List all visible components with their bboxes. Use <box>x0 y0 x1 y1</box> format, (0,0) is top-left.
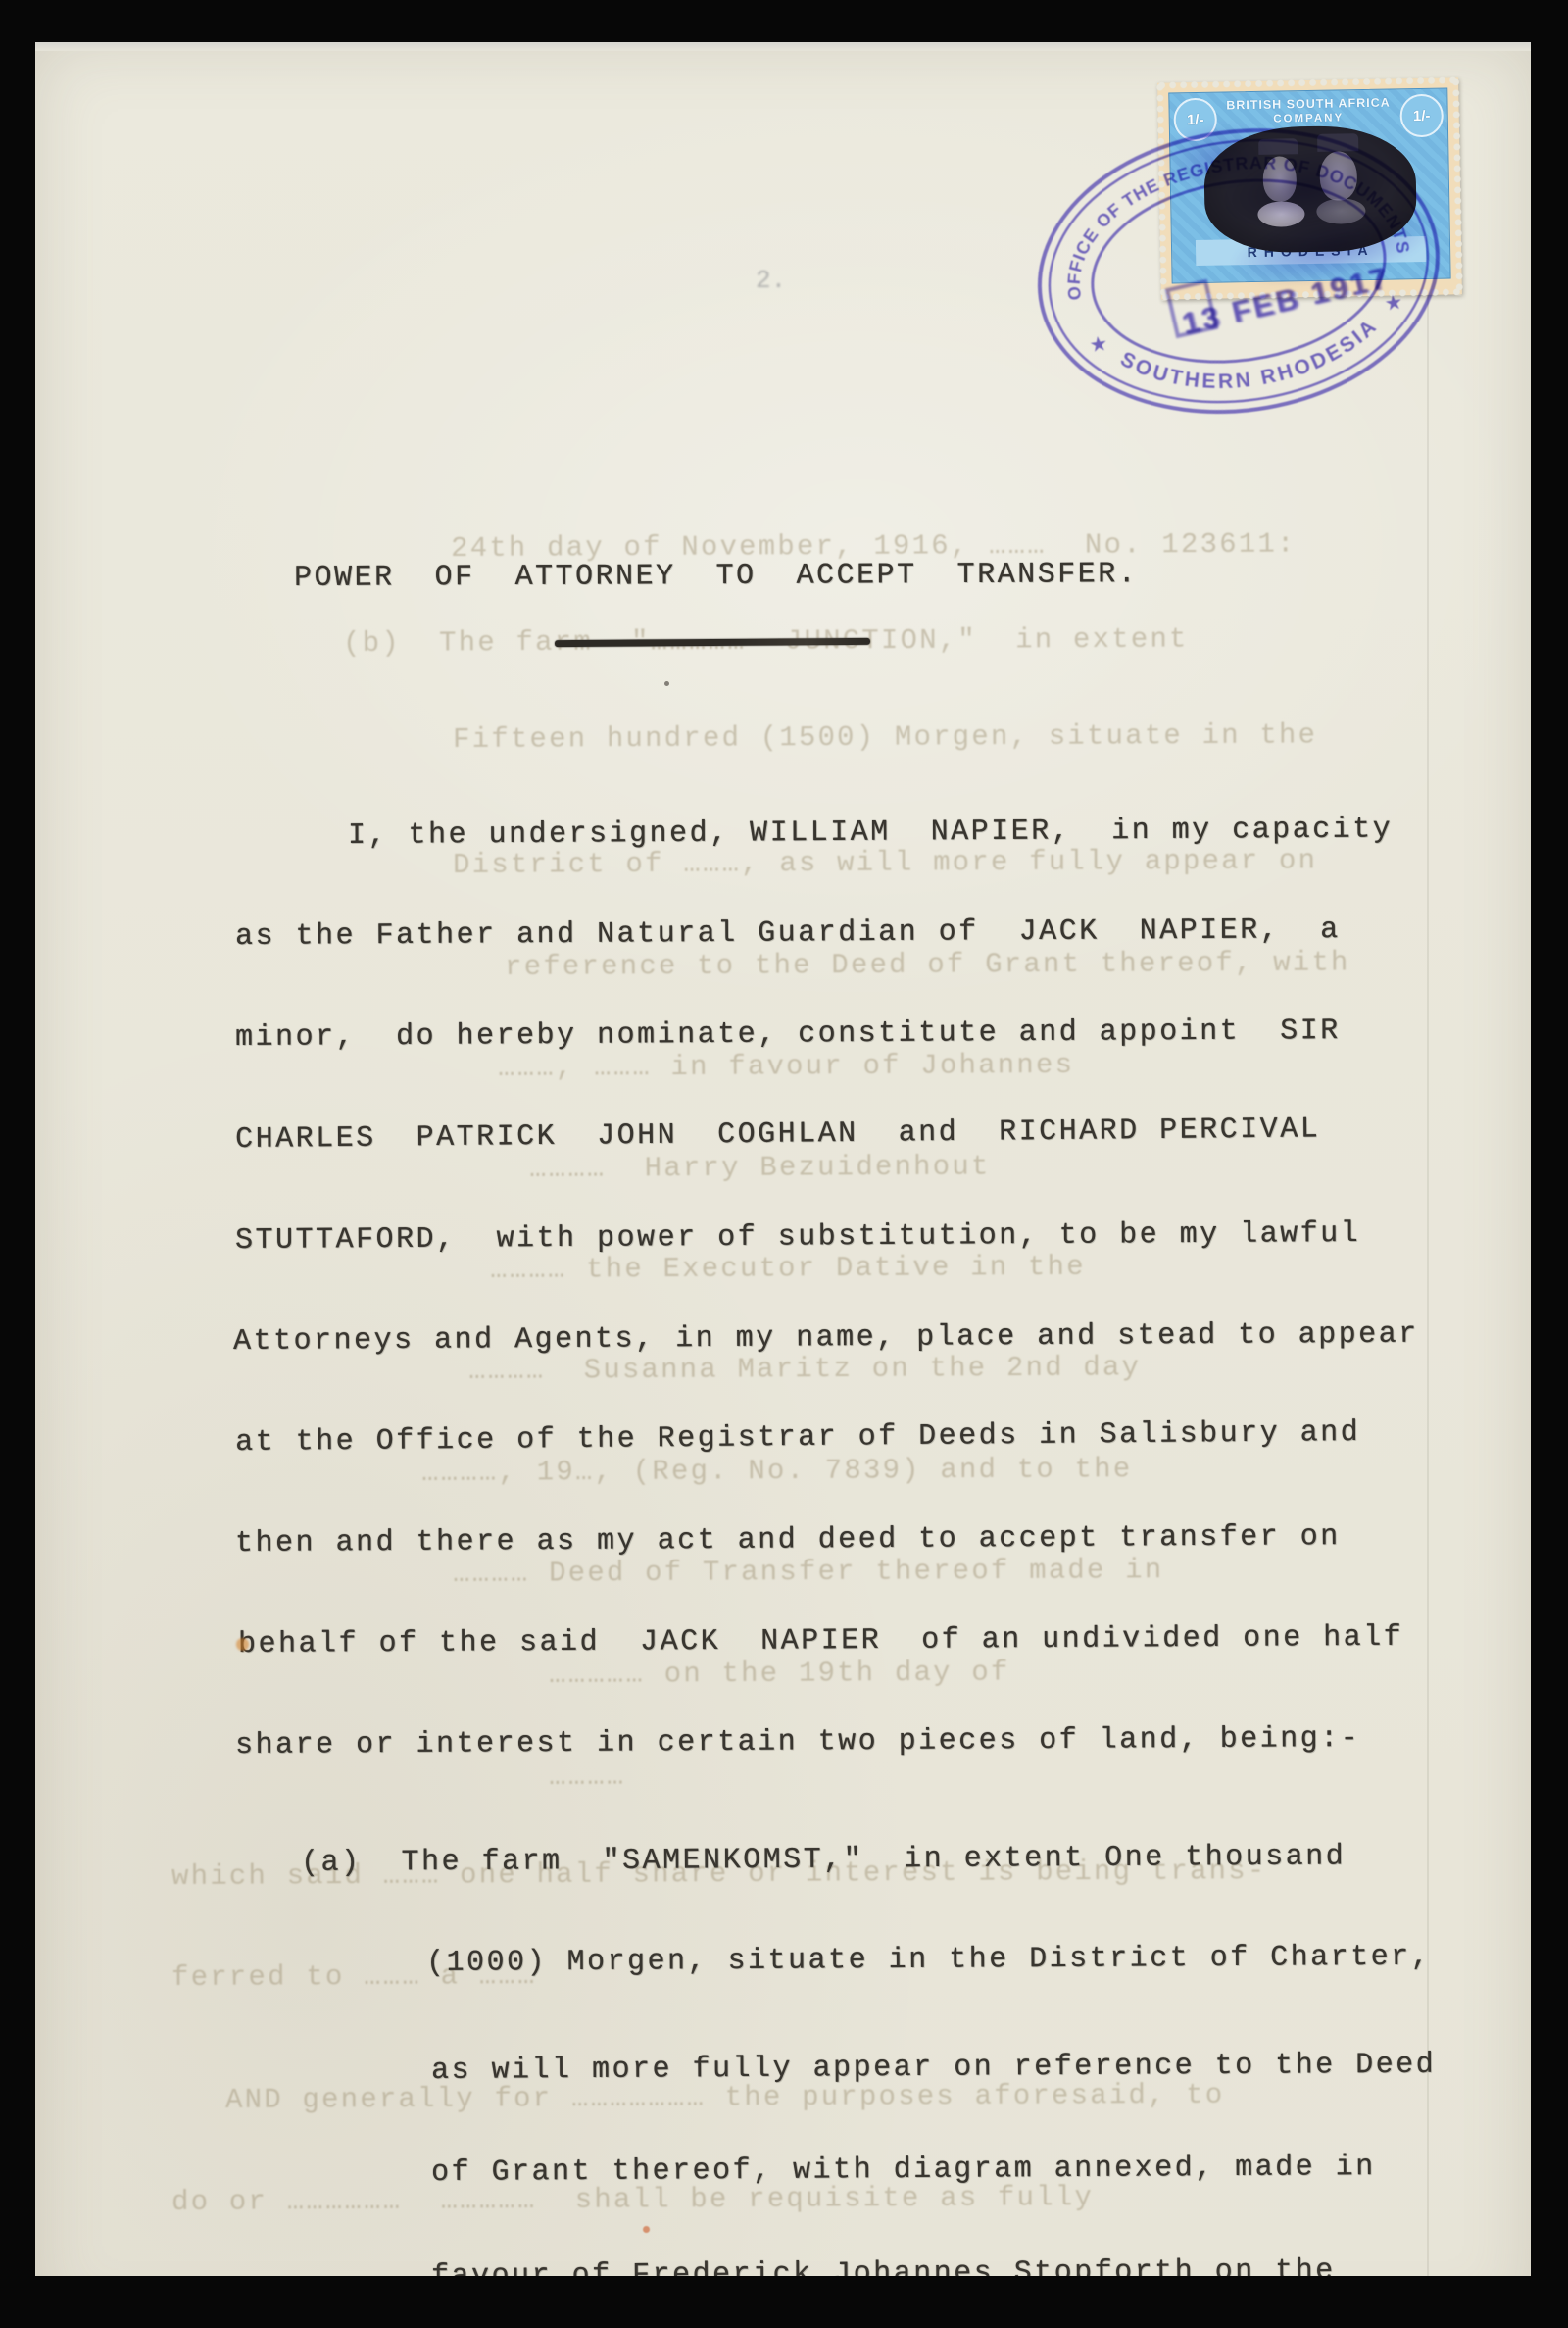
typed-line: as will more fully appear on reference t… <box>431 2051 1436 2086</box>
star-icon: ★ <box>1090 333 1109 355</box>
typed-line: as the Father and Natural Guardian of JA… <box>235 916 1341 952</box>
typed-line: Attorneys and Agents, in my name, place … <box>233 1320 1419 1357</box>
typed-line: at the Office of the Registrar of Deeds … <box>235 1418 1360 1458</box>
paper-speck <box>664 681 669 686</box>
bleedthrough-line: reference to the Deed of Grant thereof, … <box>505 948 1350 981</box>
typed-line: (1000) Morgen, situate in the District o… <box>426 1943 1431 1978</box>
bleedthrough-line: ………, ……… in favour of Johannes <box>498 1051 1074 1082</box>
document-title: POWER OF ATTORNEY TO ACCEPT TRANSFER. <box>294 560 1138 593</box>
document-page: 2. 24th day of November, 1916, ……… No. 1… <box>35 42 1531 2328</box>
typed-line: then and there as my act and deed to acc… <box>235 1522 1341 1559</box>
bleedthrough-line: ………… Harry Bezuidenhout <box>529 1153 991 1183</box>
bleedthrough-line: ………… the Executor Dative in the <box>490 1253 1086 1284</box>
paper-fold-line <box>1427 130 1429 2316</box>
bleedthrough-line: …………… on the 19th day of <box>549 1659 1010 1689</box>
scan-border-right <box>1531 0 1568 2328</box>
bleedthrough-line: Fifteen hundred (1500) Morgen, situate i… <box>453 720 1317 754</box>
typed-line: I, the undersigned, WILLIAM NAPIER, in m… <box>348 815 1393 851</box>
bleedthrough-line: ………… Susanna Maritz on the 2nd day <box>468 1353 1141 1385</box>
typed-line: behalf of the said JACK NAPIER of an und… <box>238 1623 1403 1659</box>
registrar-oval-stamp: OFFICE OF THE REGISTRAR OF DOCUMENTS SOU… <box>1012 93 1473 449</box>
paper-speck <box>643 2226 650 2233</box>
page-number: 2. <box>756 266 786 295</box>
bleedthrough-line: …………, 19…, (Reg. No. 7839) and to the <box>421 1455 1132 1487</box>
typed-line: minor, do hereby nominate, constitute an… <box>235 1016 1341 1053</box>
scan-border-bottom <box>0 2276 1568 2328</box>
paper-speck <box>236 1638 249 1651</box>
scanned-document: 2. 24th day of November, 1916, ……… No. 1… <box>0 0 1568 2328</box>
stamp-perforation <box>1156 76 1459 88</box>
typed-line: (a) The farm "SAMENKOMST," in extent One… <box>301 1842 1346 1878</box>
bleedthrough-line: ………… Deed of Transfer thereof made in <box>453 1556 1163 1588</box>
typed-line: of Grant thereof, with diagram annexed, … <box>431 2153 1376 2188</box>
bleedthrough-line: 24th day of November, 1916, ……… No. 1236… <box>451 529 1297 563</box>
typed-line: share or interest in certain two pieces … <box>235 1724 1360 1760</box>
paper-top-edge <box>35 42 1531 51</box>
bleedthrough-line: ………… <box>549 1762 626 1791</box>
typed-line: STUTTAFORD, with power of substitution, … <box>235 1219 1360 1256</box>
typed-line: CHARLES PATRICK JOHN COGHLAN and RICHARD… <box>235 1114 1320 1155</box>
